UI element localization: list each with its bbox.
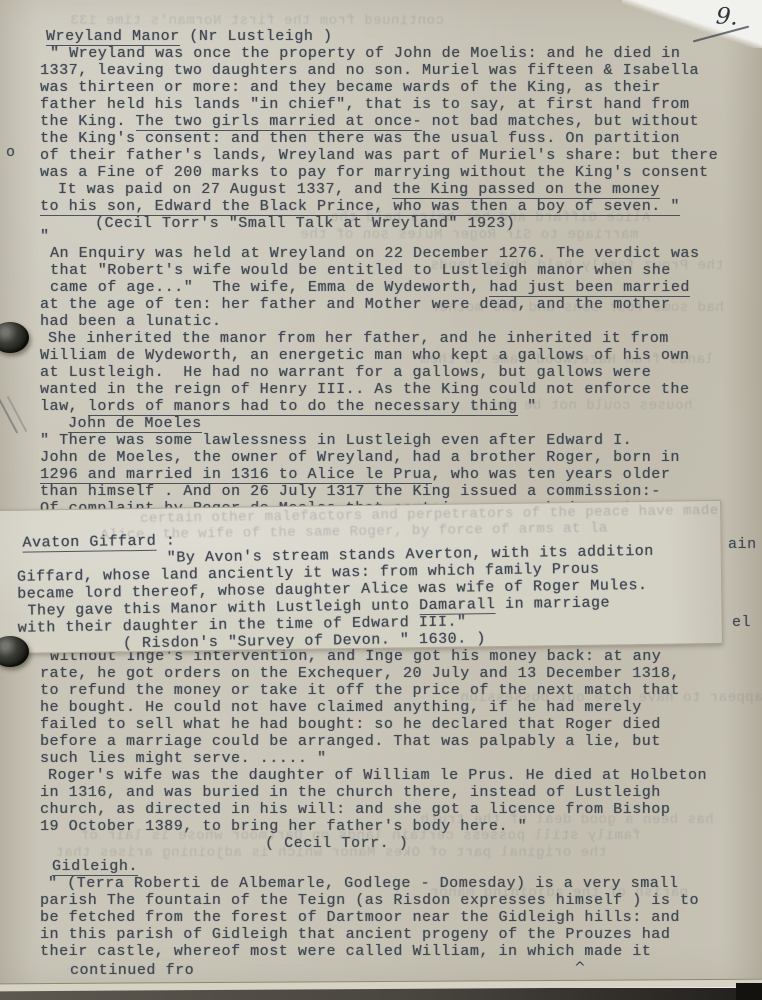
typed-line: An Enquiry was held at Wreyland on 22 De… [40,245,700,262]
typed-underlined-text: 1296 and married in 1316 to Alice le Pru… [40,466,432,484]
typed-text: ( Cecil Torr. ) [265,835,408,852]
typed-text: in this parish of Gidleigh that ancient … [40,926,670,943]
typed-text: law, [40,398,88,415]
typed-line: church, as directed in his will: and she… [40,801,707,818]
typed-line: parish The fountain of the Teign (as Ris… [40,892,699,909]
inge-section: without Inge's intervention, and Inge go… [40,648,707,852]
typed-text: It was paid on 27 August 1337, and [58,181,392,198]
typed-line: It was paid on 27 August 1337, and the K… [40,181,718,198]
typed-line: Roger's wife was the daughter of William… [40,767,707,784]
typed-text: Roger's wife was the daughter of William… [48,767,707,784]
typed-text: father held his lands "in chief", that i… [40,96,690,113]
typed-line: law, lords of manors had to do the neces… [40,398,700,415]
typed-line: the King. The two girls married at once-… [40,113,718,130]
typed-line: 19 October 1389, to bring her father's b… [40,818,707,835]
typed-text: , who was ten years older [432,466,671,483]
typed-line: John de Moeles, the owner of Wreyland, h… [40,449,700,466]
typed-line: came of age..." The wife, Emma de Wydewo… [40,279,700,296]
typed-line: had been a lunatic. [40,313,700,330]
typed-text: church, as directed in his will: and she… [40,801,670,818]
typed-line: at the age of ten: her father and Mother… [40,296,700,313]
typed-underlined-text: Avaton Giffard [22,533,156,553]
typed-text: " There was some lawlessness in Lustleig… [40,432,632,449]
typed-line: She inherited the manor from her father,… [40,330,700,347]
typed-line: Gidleigh. [40,858,699,875]
typed-line: to refund the money or take it off the p… [40,682,707,699]
typed-line: that "Robert's wife would be entitled to… [40,262,700,279]
typed-line: " Wreyland was once the property of John… [40,45,718,62]
typed-text: wanted in the reign of Henry III.. As th… [40,381,690,398]
typed-text: than himself . And on 26 July 1317 the K… [40,483,661,500]
typed-underlined-text: lords of manors had to do the necessary … [88,398,518,416]
typed-line: William de Wydeworth, an energetic man w… [40,347,700,364]
typed-text: " (Terra Roberti de Albemarle, Godlege -… [48,875,678,892]
typed-text: William de Wydeworth, an energetic man w… [40,347,690,364]
typed-text: had been a lunatic. [40,313,221,330]
covered-text-fragment: o [6,144,16,161]
typed-line: in 1316, and was buried in the church th… [40,784,707,801]
typed-underlined-text: Wreyland Manor [46,28,180,46]
typed-line: than himself . And on 26 July 1317 the K… [40,483,700,500]
avaton-giffard-note: Avaton Giffard :"By Avon's stream stands… [16,526,655,654]
scanned-document: { "page_number": "9.", "annotations": { … [0,0,762,1000]
typed-line: 1337, leaving two daughters and no son. … [40,62,718,79]
typed-line: to his son, Edward the Black Prince, who… [40,198,718,215]
typed-line: of their father's lands, Wreyland was pa… [40,147,718,164]
typed-line: " (Terra Roberti de Albemarle, Godlege -… [40,875,699,892]
typed-line: John de Moeles [40,415,700,432]
caret-mark: ^ [574,960,586,976]
typed-text: that "Robert's wife would be entitled to… [50,262,671,279]
typed-line: such lies might serve. ..... " [40,750,707,767]
typed-text: before a marriage could be arranged. Tha… [40,733,661,750]
typed-text: was thirteen or more: and they became wa… [40,79,661,96]
typed-line: in this parish of Gidleigh that ancient … [40,926,699,943]
typed-text: was a Fine of 200 marks to pay for marry… [40,164,709,181]
typed-line: " There was some lawlessness in Lustleig… [40,432,700,449]
typed-text: (Nr Lustleigh ) [180,28,333,45]
typed-text: he bought. He could not have claimed any… [40,699,642,716]
typed-line: " [40,228,700,245]
typed-text: the King's consent: and then there was t… [40,130,680,147]
typed-line: was thirteen or more: and they became wa… [40,79,718,96]
typed-text: of their father's lands, Wreyland was pa… [40,147,718,164]
typed-line: 1296 and married in 1316 to Alice le Pru… [40,466,700,483]
typed-text: such lies might serve. ..... " [40,750,327,767]
typed-text: 1337, leaving two daughters and no son. … [40,62,699,79]
typed-line: continued fro [70,962,194,979]
typed-line: ( Cecil Torr. ) [40,835,707,852]
typed-text: An Enquiry was held at Wreyland on 22 De… [50,245,700,262]
typed-text: at the age of ten: her father and Mother… [40,296,670,313]
typed-line: Wreyland Manor (Nr Lustleigh ) [40,28,718,45]
typed-text: John de Moeles, the owner of Wreyland, h… [40,449,680,466]
typed-text: : [156,533,175,550]
typed-text: failed to sell what he had bought: so he… [40,716,661,733]
typed-underlined-text: the King passed on the money [392,181,659,199]
typed-line: was a Fine of 200 marks to pay for marry… [40,164,718,181]
typed-underlined-text: had just been married [489,279,690,297]
typed-line: at Lustleigh. He had no warrant for a ga… [40,364,700,381]
bleed-through-text: continued from the first Norman's time 1… [70,13,444,29]
enquiry-section: "An Enquiry was held at Wreyland on 22 D… [40,228,700,517]
gidleigh-section: Gidleigh." (Terra Roberti de Albemarle, … [40,858,699,960]
typed-text: rate, he got orders on the Exchequer, 20… [40,665,680,682]
typed-text: at Lustleigh. He had no warrant for a ga… [40,364,651,381]
typed-text: came of age..." The wife, Emma de Wydewo… [50,279,489,296]
typed-line: he bought. He could not have claimed any… [40,699,707,716]
typed-text: " [518,398,537,415]
typed-text: " [40,228,50,245]
typed-underlined-text: Damarall [419,596,496,615]
typed-text: in 1316, and was buried in the church th… [40,784,661,801]
typed-text: 19 October 1389, to bring her father's b… [40,818,527,835]
typed-line: failed to sell what he had bought: so he… [40,716,707,733]
typed-line: the King's consent: and then there was t… [40,130,718,147]
table-dark-corner [736,983,762,1000]
typed-line: father held his lands "in chief", that i… [40,96,718,113]
pasted-slip: certain other malefactors and perpetrato… [0,500,723,654]
typed-line: their castle, whereof most were called W… [40,943,699,960]
typed-text: She inherited the manor from her father,… [48,330,669,347]
typed-underlined-text: Gidleigh. [52,858,138,876]
typed-underlined-text: to his son, Edward the Black Prince, who… [40,198,680,216]
page-number: 9. [715,3,739,30]
covered-text-fragment: ain [728,536,757,553]
typed-text: be fetched from the forest of Dartmoor n… [40,909,680,926]
typed-line: be fetched from the forest of Dartmoor n… [40,909,699,926]
typed-underlined-text: John de Moeles [68,415,202,433]
typed-text: " Wreyland was once the property of John… [50,45,680,62]
typed-line: wanted in the reign of Henry III.. As th… [40,381,700,398]
continued-line: continued fro [70,962,194,979]
typed-text: in marriage [495,594,610,613]
typed-line: rate, he got orders on the Exchequer, 20… [40,665,707,682]
typed-text: their castle, whereof most were called W… [40,943,651,960]
typed-text: not bad matches, but without [422,113,699,130]
covered-text-fragment: el [732,614,751,631]
typed-text: parish The fountain of the Teign (as Ris… [40,892,699,909]
typed-line: before a marriage could be arranged. Tha… [40,733,707,750]
typed-text: the King. [40,113,136,130]
typed-text: continued fro [70,962,194,979]
typed-underlined-text: The two girls married at once- [136,113,423,131]
wreyland-manor-section: Wreyland Manor (Nr Lustleigh )" Wreyland… [40,28,718,232]
typed-text: to refund the money or take it off the p… [40,682,680,699]
